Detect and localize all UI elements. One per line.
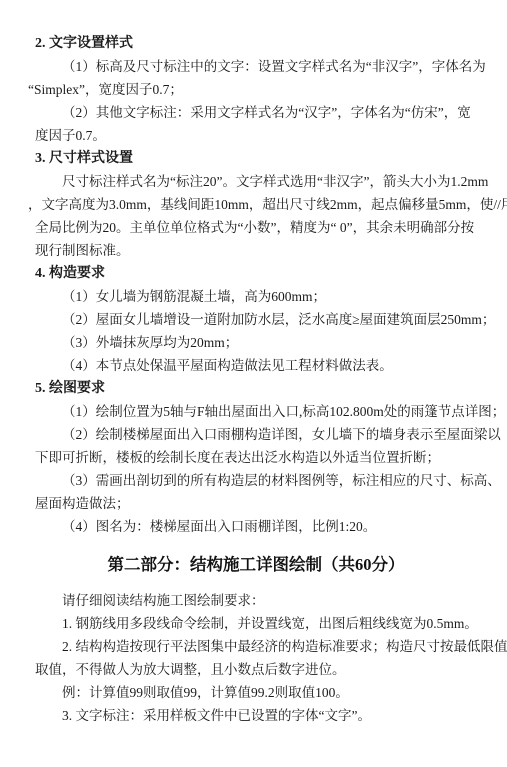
text-line: （2）屋面女儿墙增设一道附加防水层，泛水高度≥屋面建筑面层250mm； — [35, 308, 477, 331]
text-line: 度因子0.7。 — [35, 124, 477, 147]
text-line: 1. 钢筋线用多段线命令绘制，并设置线宽，出图后粗线线宽为0.5mm。 — [35, 612, 477, 635]
section-heading: 4. 构造要求 — [35, 262, 477, 285]
part2-title: 第二部分：结构施工详图绘制（共60分） — [35, 551, 477, 579]
text-line: 全局比例为20。主单位单位格式为“小数”，精度为“ 0”，其余未明确部分按 — [35, 216, 477, 239]
text-line: 2. 结构构造按现行平法图集中最经济的构造标准要求；构造尺寸按最低限值 — [35, 635, 477, 658]
text-line: （2）绘制楼梯屋面出入口雨棚构造详图，女儿墙下的墙身表示至屋面梁以 — [35, 423, 477, 446]
text-line: ，文字高度为3.0mm，基线间距10mm，超出尺寸线2mm，起点偏移量5mm，使… — [28, 193, 477, 216]
text-line: “Simplex”，宽度因子0.7； — [28, 78, 477, 101]
text-line: （4）本节点处保温平屋面构造做法见工程材料做法表。 — [35, 354, 477, 377]
text-line: （1）标高及尺寸标注中的文字：设置文字样式名为“非汉字”，字体名为 — [35, 55, 477, 78]
document-page: 2. 文字设置样式 （1）标高及尺寸标注中的文字：设置文字样式名为“非汉字”，字… — [0, 0, 507, 767]
text-line: （1）绘制位置为5轴与F轴出屋面出入口,标高102.800m处的雨篷节点详图； — [35, 400, 477, 423]
text-line: （2）其他文字标注：采用文字样式名为“汉字”，字体名为“仿宋”，宽 — [35, 101, 477, 124]
text-line: 尺寸标注样式名为“标注20”。文字样式选用“非汉字”，箭头大小为1.2mm — [35, 170, 477, 193]
section-part2-body: 请仔细阅读结构施工图绘制要求： 1. 钢筋线用多段线命令绘制，并设置线宽，出图后… — [35, 589, 477, 727]
text-line: 3. 文字标注：采用样板文件中已设置的字体“文字”。 — [35, 704, 477, 727]
section-heading: 2. 文字设置样式 — [35, 32, 477, 55]
text-line: 例：计算值99则取值99，计算值99.2则取值100。 — [35, 681, 477, 704]
text-line: 现行制图标准。 — [35, 239, 477, 262]
section-dim-style: 3. 尺寸样式设置 尺寸标注样式名为“标注20”。文字样式选用“非汉字”，箭头大… — [35, 147, 477, 262]
text-line: 取值，不得做人为放大调整，且小数点后数字进位。 — [35, 658, 477, 681]
section-heading: 5. 绘图要求 — [35, 377, 477, 400]
section-heading: 3. 尺寸样式设置 — [35, 147, 477, 170]
text-line: 下即可折断，楼板的绘制长度在表达出泛水构造以外适当位置折断； — [35, 446, 477, 469]
section-construction-req: 4. 构造要求 （1）女儿墙为钢筋混凝土墙，高为600mm； （2）屋面女儿墙增… — [35, 262, 477, 377]
text-line: 屋面构造做法； — [35, 492, 477, 515]
text-line: （1）女儿墙为钢筋混凝土墙，高为600mm； — [35, 285, 477, 308]
text-line: （3）需画出剖切到的所有构造层的材料图例等，标注相应的尺寸、标高、 — [35, 469, 477, 492]
section-drawing-req: 5. 绘图要求 （1）绘制位置为5轴与F轴出屋面出入口,标高102.800m处的… — [35, 377, 477, 538]
text-line: （3）外墙抹灰厚均为20mm； — [35, 331, 477, 354]
text-line: 请仔细阅读结构施工图绘制要求： — [35, 589, 477, 612]
text-line: （4）图名为：楼梯屋面出入口雨棚详图，比例1:20。 — [35, 515, 477, 538]
section-text-style: 2. 文字设置样式 （1）标高及尺寸标注中的文字：设置文字样式名为“非汉字”，字… — [35, 32, 477, 147]
